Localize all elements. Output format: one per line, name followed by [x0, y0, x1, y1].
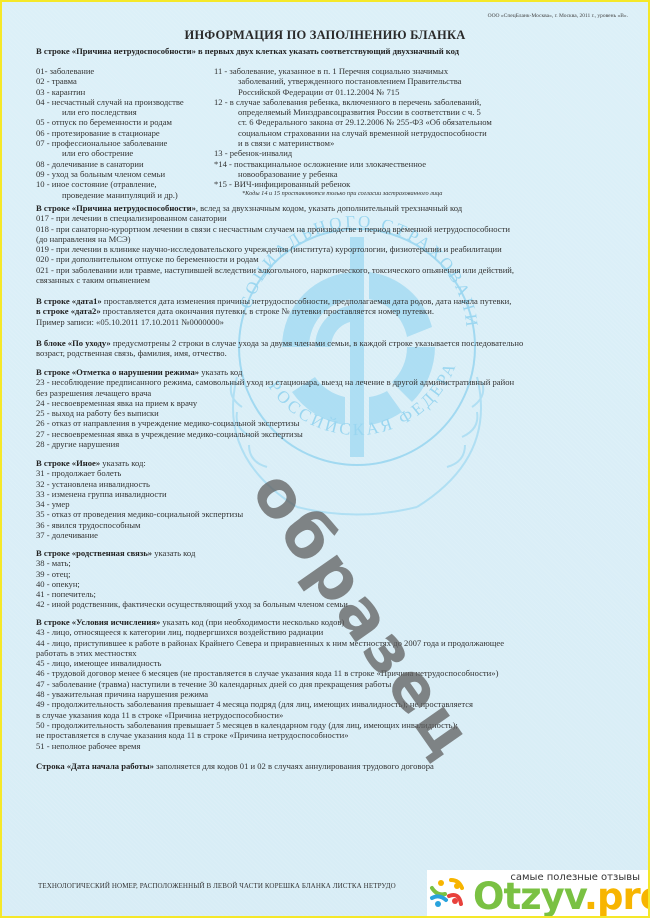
- list-item: в случае указания кода 11 в строке «Прич…: [36, 710, 636, 720]
- code-line: 02 - травма: [36, 76, 216, 86]
- otzyv-logo[interactable]: самые полезные отзывы Otzyv.pro: [427, 870, 648, 916]
- code-line-cont: проведение манипуляций и др.): [36, 190, 216, 200]
- code-line: новообразование у ребенка: [214, 169, 534, 179]
- code-line: заболеваний, утвержденного постановление…: [214, 76, 534, 86]
- list-item: 50 - продолжительность заболевания превы…: [36, 720, 636, 730]
- code-line-cont: или его последствия: [36, 107, 216, 117]
- list-item: 41 - попечитель;: [36, 589, 636, 599]
- list-item: 43 - лицо, относящееся к категории лиц, …: [36, 627, 636, 637]
- list-item: 09 - уход за больным членом семьи: [36, 169, 216, 179]
- list-item: 31 - продолжает болеть: [36, 468, 636, 478]
- section-heading: В строке «Причина нетрудоспособности», в…: [36, 203, 636, 213]
- list-item: 03 - карантин: [36, 87, 216, 97]
- incapacity-codes-left: 01- заболевание02 - травма03 - карантин0…: [36, 66, 216, 200]
- list-item: 04 - несчастный случай на производствеил…: [36, 97, 216, 118]
- list-item: 42 - иной родственник, фактически осущес…: [36, 599, 636, 609]
- section-additional-code: В строке «Причина нетрудоспособности», в…: [36, 203, 636, 285]
- code-line-cont: или его обострение: [36, 148, 216, 158]
- list-item: 24 - несвоевременная явка на прием к вра…: [36, 398, 636, 408]
- code-line: социальном страховании на случай временн…: [214, 128, 534, 138]
- list-item: 45 - лицо, имеющее инвалидность: [36, 658, 636, 668]
- list-item: 020 - при дополнительном отпуске по бере…: [36, 254, 636, 264]
- document-page: СОЦИАЛЬНОГО СТРАХОВАНИЯ РОССИЙСКАЯ ФЕДЕР…: [0, 0, 650, 918]
- list-item: работать в этих местностях: [36, 648, 636, 658]
- code-line: 03 - карантин: [36, 87, 216, 97]
- incapacity-codes-right: 11 - заболевание, указанное в п. 1 Переч…: [214, 66, 534, 198]
- code-line: Российской Федерации от 01.12.2004 № 715: [214, 87, 534, 97]
- list-item: 26 - отказ от направления в учреждение м…: [36, 418, 636, 428]
- list-item: 27 - несвоевременная явка в учреждение м…: [36, 429, 636, 439]
- list-item: 02 - травма: [36, 76, 216, 86]
- list-item: 37 - долечивание: [36, 530, 636, 540]
- list-item: 07 - профессиональное заболеваниеили его…: [36, 138, 216, 159]
- section-kinship: В строке «родственная связь» указать код…: [36, 548, 636, 610]
- list-item: 11 - заболевание, указанное в п. 1 Переч…: [214, 66, 534, 97]
- section-regime-violation: В строке «Отметка о нарушении режима» ук…: [36, 367, 636, 449]
- list-item: 47 - заболевание (травма) наступили в те…: [36, 679, 636, 689]
- list-item: не проставляется в случае указания кода …: [36, 730, 636, 740]
- list-item: 44 - лицо, приступившее к работе в район…: [36, 638, 636, 648]
- code-line: 11 - заболевание, указанное в п. 1 Переч…: [214, 66, 534, 76]
- list-item: 12 - в случае заболевания ребенка, включ…: [214, 97, 534, 148]
- list-item: 35 - отказ от проведения медико-социальн…: [36, 509, 636, 519]
- list-item: 018 - при санаторно-курортном лечении в …: [36, 224, 636, 234]
- list-item: 28 - другие нарушения: [36, 439, 636, 449]
- list-item: 13 - ребенок-инвалид: [214, 148, 534, 158]
- code-line: *14 - поствакцинальное осложнение или зл…: [214, 159, 534, 169]
- list-item: 06 - протезирование в стационаре: [36, 128, 216, 138]
- list-item: 25 - выход на работу без выписки: [36, 408, 636, 418]
- code-line: 13 - ребенок-инвалид: [214, 148, 534, 158]
- list-item: 51 - неполное рабочее время: [36, 741, 636, 751]
- list-item: 01- заболевание: [36, 66, 216, 76]
- code-line: 01- заболевание: [36, 66, 216, 76]
- list-item: 49 - продолжительность заболевания превы…: [36, 699, 636, 709]
- list-item: 021 - при заболевании или травме, наступ…: [36, 265, 636, 275]
- list-item: 08 - долечивание в санатории: [36, 159, 216, 169]
- section-incapacity-reason-heading: В строке «Причина нетрудоспособности» в …: [36, 46, 459, 56]
- section-care-block: В блоке «По уходу» предусмотрены 2 строк…: [36, 338, 636, 359]
- list-item: 33 - изменена группа инвалидности: [36, 489, 636, 499]
- section-work-start-date: Строка «Дата начала работы» заполняется …: [36, 761, 636, 771]
- list-item: 34 - умер: [36, 499, 636, 509]
- list-item: 40 - опекун;: [36, 579, 636, 589]
- code-line: *15 - ВИЧ-инфицированный ребенок: [214, 179, 534, 189]
- list-item: 019 - при лечении в клинике научно-иссле…: [36, 244, 636, 254]
- code-line: 05 - отпуск по беременности и родам: [36, 117, 216, 127]
- logo-wordmark: Otzyv.pro: [473, 877, 650, 917]
- list-item: *15 - ВИЧ-инфицированный ребенок: [214, 179, 534, 189]
- list-item: без разрешения лечащего врача: [36, 388, 636, 398]
- code-line: 08 - долечивание в санатории: [36, 159, 216, 169]
- code-line: 07 - профессиональное заболевание: [36, 138, 216, 148]
- list-item: 48 - уважительная причина нарушения режи…: [36, 689, 636, 699]
- code-line: 12 - в случае заболевания ребенка, включ…: [214, 97, 534, 107]
- footer-note: ТЕХНОЛОГИЧЕСКИЙ НОМЕР, РАСПОЛОЖЕННЫЙ В Л…: [38, 882, 396, 890]
- list-item: 46 - трудовой договор менее 6 месяцев (н…: [36, 668, 636, 678]
- footnote: *Коды 14 и 15 проставляются только при с…: [214, 190, 534, 198]
- list-item: 32 - установлена инвалидность: [36, 479, 636, 489]
- list-item: 10 - иное состояние (отравление,проведен…: [36, 179, 216, 200]
- code-line: 10 - иное состояние (отравление,: [36, 179, 216, 189]
- code-line: ст. 6 Федерального закона от 29.12.2006 …: [214, 117, 534, 127]
- list-item: 39 - отец;: [36, 569, 636, 579]
- list-item: *14 - поствакцинальное осложнение или зл…: [214, 159, 534, 180]
- list-item: 05 - отпуск по беременности и родам: [36, 117, 216, 127]
- list-item: связанных с таким опьянением: [36, 275, 636, 285]
- section-other: В строке «Иное» указать код: 31 - продол…: [36, 458, 636, 540]
- list-item: 38 - мать;: [36, 558, 636, 568]
- code-line: и в связи с материнством»: [214, 138, 534, 148]
- code-line: 04 - несчастный случай на производстве: [36, 97, 216, 107]
- people-circle-icon: [429, 876, 465, 912]
- section-dates: В строке «дата1» проставляется дата изме…: [36, 296, 636, 327]
- list-item: 23 - несоблюдение предписанного режима, …: [36, 377, 636, 387]
- list-item: (до направления на МСЭ): [36, 234, 636, 244]
- code-line: определяемый Минздравсоцразвития России …: [214, 107, 534, 117]
- list-item: 017 - при лечении в специализированном с…: [36, 213, 636, 223]
- page-title: ИНФОРМАЦИЯ ПО ЗАПОЛНЕНИЮ БЛАНКА: [2, 28, 648, 43]
- code-line: 06 - протезирование в стационаре: [36, 128, 216, 138]
- list-item: 36 - явился трудоспособным: [36, 520, 636, 530]
- section-calc-conditions: В строке «Условия исчисления» указать ко…: [36, 617, 636, 751]
- publisher-imprint: ООО «СпецБланк-Москва», г. Москва, 2011 …: [488, 13, 628, 19]
- code-line: 09 - уход за больным членом семьи: [36, 169, 216, 179]
